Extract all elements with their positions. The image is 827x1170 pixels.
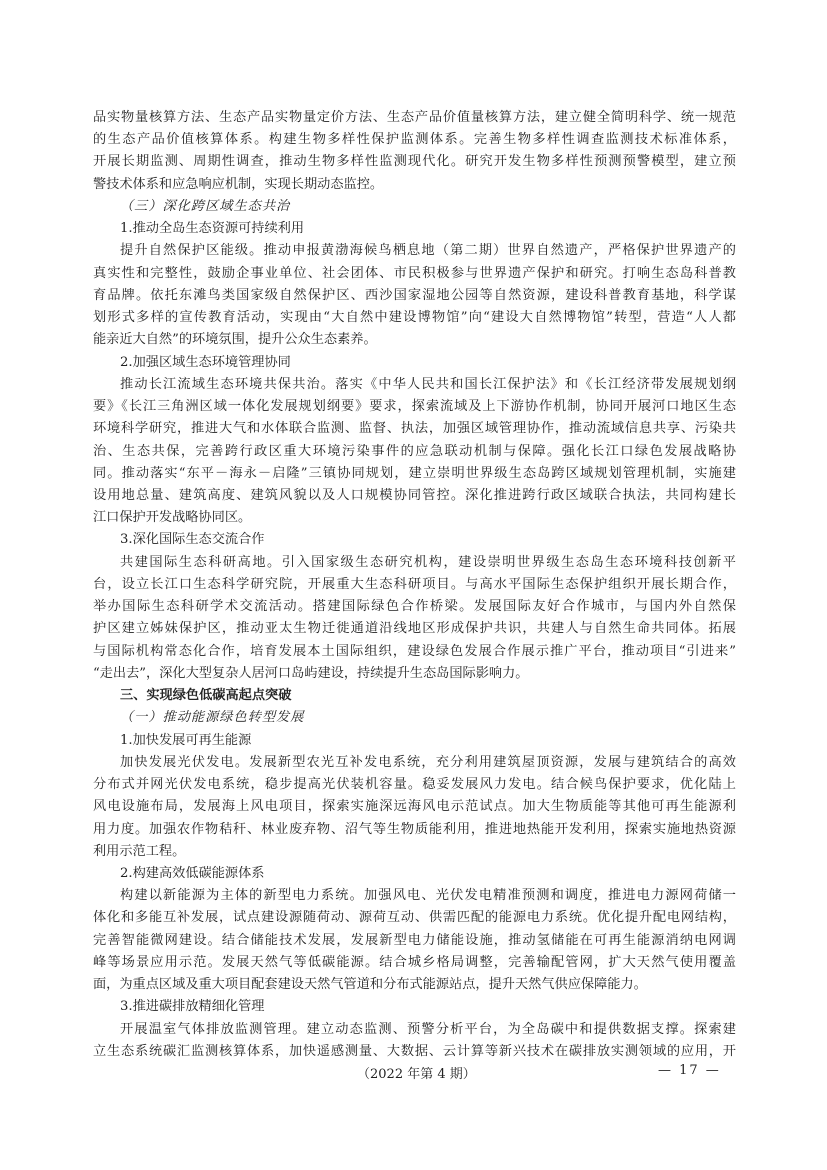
body-line: 开展长期监测、周期性调查，推动生物多样性监测现代化。研究开发生物多样性预测预警模… [93, 151, 736, 173]
issue-label: （2022 年第 4 期） [357, 1063, 476, 1082]
paragraph-start-line: 开展温室气体排放监测管理。建立动态监测、预警分析平台，为全岛碳中和提供数据支撑。… [93, 1019, 736, 1041]
body-line: 立生态系统碳汇监测核算体系，加快遥感测量、大数据、云计算等新兴技术在碳排放实测领… [93, 1041, 736, 1063]
body-line: 用力度。加强农作物秸秆、林业废弃物、沼气等生物质能利用，推进地热能开发利用，探索… [93, 819, 736, 841]
paragraph-start-line: 共建国际生态科研高地。引入国家级生态研究机构，建设崇明世界级生态岛生态环境科技创… [93, 552, 736, 574]
item-heading: 3.推进碳排放精细化管理 [93, 996, 736, 1018]
body-line: 治、生态共保，完善跨行政区重大环境污染事件的应急联动机制与保障。强化长江口绿色发… [93, 441, 736, 463]
body-line: 完善智能微网建设。结合储能技术发展，发展新型电力储能设施，推动氢储能在可再生能源… [93, 930, 736, 952]
body-line: 划形式多样的宣传教育活动，实现由“大自然中建设博物馆”向“建设大自然博物馆”转型… [93, 307, 736, 329]
body-line: 江口保护开发战略协同区。 [93, 507, 736, 529]
body-line: 环境科学研究，推进大气和水体联合监测、监督、执法，加强区域管理协作，推动流域信息… [93, 418, 736, 440]
body-line: 真实性和完整性，鼓励企事业单位、社会团体、市民积极参与世界遗产保护和研究。打响生… [93, 263, 736, 285]
body-line: 要》《长江三角洲区域一体化发展规划纲要》要求，探索流域及上下游协作机制，协同开展… [93, 396, 736, 418]
body-line: 风电设施布局，发展海上风电项目，探索实施深远海风电示范试点。加大生物质能等其他可… [93, 796, 736, 818]
body-line: 品实物量核算方法、生态产品实物量定价方法、生态产品价值量核算方法，建立健全简明科… [93, 107, 736, 129]
paragraph-start-line: 提升自然保护区能级。推动申报黄渤海候鸟栖息地（第二期）世界自然遗产，严格保护世界… [93, 240, 736, 262]
body-line: 能亲近大自然”的环境氛围，提升公众生态素养。 [93, 329, 736, 351]
body-line: 分布式并网光伏发电系统，稳步提高光伏装机容量。稳妥发展风力发电。结合候鸟保护要求… [93, 774, 736, 796]
section-heading: 三、实现绿色低碳高起点突破 [93, 685, 736, 707]
item-heading: 1.推动全岛生态资源可持续利用 [93, 218, 736, 240]
subsection-heading: （一）推动能源绿色转型发展 [93, 707, 736, 729]
item-heading: 3.深化国际生态交流合作 [93, 529, 736, 551]
body-line: 育品牌。依托东滩鸟类国家级自然保护区、西沙国家湿地公园等自然资源，建设科普教育基… [93, 285, 736, 307]
body-line: 利用示范工程。 [93, 841, 736, 863]
body-line: 同。推动落实“东平－海永－启隆”三镇协同规划，建立崇明世界级生态岛跨区域规划管理… [93, 463, 736, 485]
body-line: “走出去”，深化大型复杂人居河口岛屿建设，持续提升生态岛国际影响力。 [93, 663, 736, 685]
body-line: 的生态产品价值核算体系。构建生物多样性保护监测体系。完善生物多样性调查监测技术标… [93, 129, 736, 151]
page-number: — 17 — [658, 1063, 721, 1078]
page-footer: （2022 年第 4 期） — 17 — [0, 1063, 827, 1085]
body-line: 面，为重点区域及重大项目配套建设天然气管道和分布式能源站点，提升天然气供应保障能… [93, 974, 736, 996]
item-heading: 2.加强区域生态环境管理协同 [93, 352, 736, 374]
body-line: 举办国际生态科研学术交流活动。搭建国际绿色合作桥梁。发展国际友好合作城市，与国内… [93, 596, 736, 618]
body-line: 与国际机构常态化合作，培育发展本土国际组织，建设绿色发展合作展示推广平台，推动项… [93, 641, 736, 663]
body-line: 设用地总量、建筑高度、建筑风貌以及人口规模协同管控。深化推进跨行政区域联合执法，… [93, 485, 736, 507]
paragraph-start-line: 推动长江流域生态环境共保共治。落实《中华人民共和国长江保护法》和《长江经济带发展… [93, 374, 736, 396]
body-line: 体化和多能互补发展，试点建设源随荷动、源荷互动、供需匹配的能源电力系统。优化提升… [93, 907, 736, 929]
paragraph-start-line: 构建以新能源为主体的新型电力系统。加强风电、光伏发电精准预测和调度，推进电力源网… [93, 885, 736, 907]
body-line: 台，设立长江口生态科学研究院，开展重大生态科研项目。与高水平国际生态保护组织开展… [93, 574, 736, 596]
body-line: 峰等场景应用示范。发展天然气等低碳能源。结合城乡格局调整，完善输配管网，扩大天然… [93, 952, 736, 974]
body-text: 品实物量核算方法、生态产品实物量定价方法、生态产品价值量核算方法，建立健全简明科… [93, 107, 736, 1063]
body-line: 警技术体系和应急响应机制，实现长期动态监控。 [93, 174, 736, 196]
item-heading: 2.构建高效低碳能源体系 [93, 863, 736, 885]
paragraph-start-line: 加快发展光伏发电。发展新型农光互补发电系统，充分利用建筑屋顶资源，发展与建筑结合… [93, 752, 736, 774]
item-heading: 1.加快发展可再生能源 [93, 730, 736, 752]
document-page: 品实物量核算方法、生态产品实物量定价方法、生态产品价值量核算方法，建立健全简明科… [93, 107, 736, 1063]
body-line: 护区建立姊妹保护区，推动亚太生物迁徙通道沿线地区形成保护共识，共建人与自然生命共… [93, 618, 736, 640]
subsection-heading: （三）深化跨区域生态共治 [93, 196, 736, 218]
